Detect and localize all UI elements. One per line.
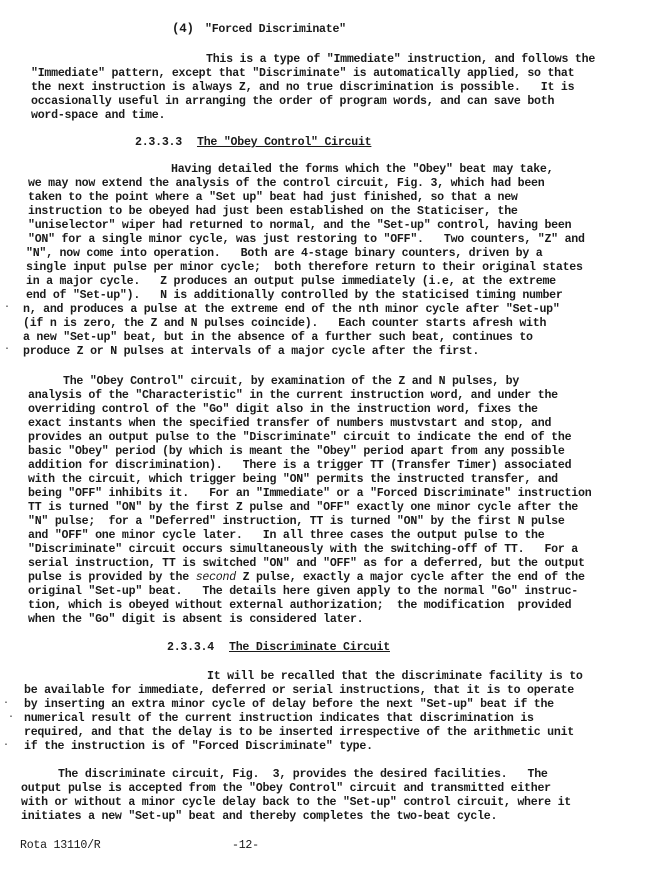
text-line: output pulse is accepted from the "Obey … bbox=[21, 782, 551, 796]
subheading-title: "Forced Discriminate" bbox=[205, 23, 346, 37]
text-line: in a major cycle. Z produces an output p… bbox=[26, 275, 556, 289]
text-line: if the instruction is of "Forced Discrim… bbox=[24, 740, 373, 754]
text-line: single input pulse per minor cycle; both… bbox=[26, 261, 583, 275]
document-reference: Rota 13110/R bbox=[20, 839, 101, 853]
text-line: by inserting an extra minor cycle of del… bbox=[24, 698, 554, 712]
subheading-number: (4) bbox=[172, 22, 194, 36]
text-line: being "OFF" inhibits it. For an "Immedia… bbox=[28, 487, 591, 501]
text-line: pulse is provided by the second Z pulse,… bbox=[28, 571, 585, 585]
text-line: produce Z or N pulses at intervals of a … bbox=[23, 345, 479, 359]
text-line: tion, which is obeyed without external a… bbox=[28, 599, 571, 613]
text-line: The discriminate circuit, Fig. 3, provid… bbox=[58, 768, 548, 782]
text-line: occasionally useful in arranging the ord… bbox=[31, 95, 554, 109]
text-line: the next instruction is always Z, and no… bbox=[31, 81, 574, 95]
text-line: This is a type of "Immediate" instructio… bbox=[206, 53, 595, 67]
margin-mark: · bbox=[8, 712, 14, 723]
text-line: end of "Set-up"). N is additionally cont… bbox=[26, 289, 563, 303]
text-line: and "OFF" one minor cycle later. In all … bbox=[28, 529, 544, 543]
text-line: It will be recalled that the discriminat… bbox=[207, 670, 583, 684]
page-number: -12- bbox=[232, 839, 259, 853]
text-line: Having detailed the forms which the "Obe… bbox=[171, 163, 553, 177]
section-title: The "Obey Control" Circuit bbox=[197, 136, 371, 150]
text-line: "ON" for a single minor cycle, was just … bbox=[28, 233, 585, 247]
text-line: a new "Set-up" beat, but in the absence … bbox=[23, 331, 533, 345]
text-line: addition for discrimination). There is a… bbox=[28, 459, 571, 473]
text-line: instruction to be obeyed had just been e… bbox=[28, 205, 518, 219]
text-line: "Discriminate" circuit occurs simultaneo… bbox=[28, 543, 578, 557]
text-line: "uniselector" wiper had returned to norm… bbox=[28, 219, 571, 233]
text-line: TT is turned "ON" by the first Z pulse a… bbox=[28, 501, 578, 515]
text-line: n, and produces a pulse at the extreme e… bbox=[23, 303, 560, 317]
text-line: required, and that the delay is to be in… bbox=[24, 726, 574, 740]
margin-mark: · bbox=[3, 740, 9, 751]
text-line: provides an output pulse to the "Discrim… bbox=[28, 431, 571, 445]
text-line: be available for immediate, deferred or … bbox=[24, 684, 574, 698]
text-line: overriding control of the "Go" digit als… bbox=[28, 403, 538, 417]
margin-mark: · bbox=[3, 698, 9, 709]
margin-mark: · bbox=[4, 302, 10, 313]
text-line: we may now extend the analysis of the co… bbox=[28, 177, 544, 191]
text-line: "N", now come into operation. Both are 4… bbox=[26, 247, 542, 261]
text-line: with or without a minor cycle delay back… bbox=[21, 796, 571, 810]
text-line: analysis of the "Characteristic" in the … bbox=[28, 389, 558, 403]
text-line: "Immediate" pattern, except that "Discri… bbox=[31, 67, 574, 81]
text-line: serial instruction, TT is switched "ON" … bbox=[28, 557, 585, 571]
text-line: original "Set-up" beat. The details here… bbox=[28, 585, 578, 599]
text-line: with the circuit, which trigger being "O… bbox=[28, 473, 558, 487]
text-line: basic "Obey" period (by which is meant t… bbox=[28, 445, 565, 459]
text-fragment: Z pulse, exactly a major cycle after the… bbox=[236, 571, 585, 584]
text-line: (if n is zero, the Z and N pulses coinci… bbox=[23, 317, 546, 331]
margin-mark: · bbox=[4, 344, 10, 355]
section-number: 2.3.3.3 bbox=[135, 136, 182, 150]
text-line: when the "Go" digit is absent is conside… bbox=[28, 613, 363, 627]
section-number: 2.3.3.4 bbox=[167, 641, 214, 655]
text-fragment: pulse is provided by the bbox=[28, 571, 196, 584]
text-line: taken to the point where a "Set up" beat… bbox=[28, 191, 518, 205]
text-line: "N" pulse; for a "Deferred" instruction,… bbox=[28, 515, 565, 529]
text-line: word-space and time. bbox=[31, 109, 165, 123]
emphasis-text: second bbox=[196, 571, 236, 584]
text-line: initiates a new "Set-up" beat and thereb… bbox=[21, 810, 497, 824]
text-line: numerical result of the current instruct… bbox=[24, 712, 534, 726]
section-title: The Discriminate Circuit bbox=[229, 641, 390, 655]
text-line: exact instants when the specified transf… bbox=[28, 417, 551, 431]
text-line: The "Obey Control" circuit, by examinati… bbox=[63, 375, 519, 389]
